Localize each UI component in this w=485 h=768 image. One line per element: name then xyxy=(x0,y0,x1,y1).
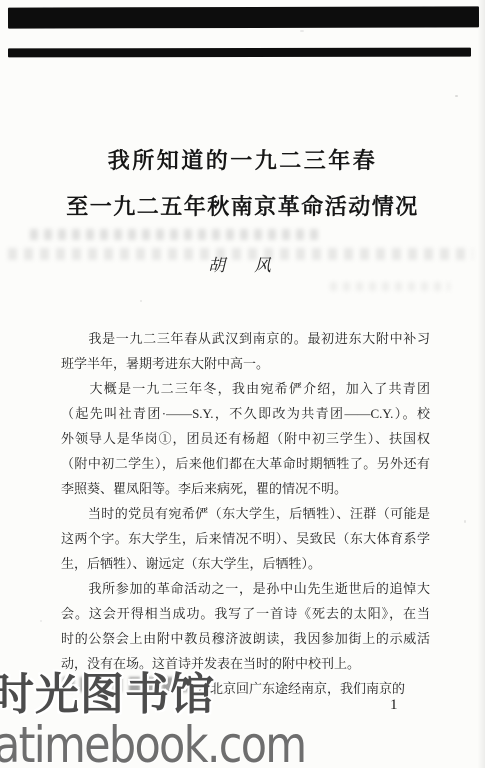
article-title-line1: 我所知道的一九二三年春 xyxy=(0,144,485,175)
author-name: 胡 风 xyxy=(0,251,485,276)
scanned-book-page: 我所知道的一九二三年春 至一九二五年秋南京革命活动情况 胡 风 我是一九二三年春… xyxy=(0,0,485,768)
watermark-domain: atimebook.com xyxy=(0,716,305,768)
scan-artifact-bar-top xyxy=(8,6,479,28)
body-line: 班学半年，暑期考进东大附中高一。 xyxy=(61,351,430,376)
body-line: 时的公祭会上由附中教员穆济波朗读，我因参加街上的示威活 xyxy=(61,626,430,651)
body-line: 大概是一九二三年冬，我由宛希俨介绍，加入了共青团 xyxy=(61,376,430,401)
watermark-chinese: 时光图书馆 xyxy=(0,658,215,722)
scan-speckle xyxy=(455,95,458,97)
scan-artifact-bar-second xyxy=(8,48,471,58)
body-line: 外领导人是华岗①，团员还有杨超（附中初三学生）、扶国权 xyxy=(61,426,430,451)
body-text: 我是一九二三年春从武汉到南京的。最初进东大附中补习 班学半年，暑期考进东大附中高… xyxy=(61,326,430,701)
body-line: 生，后牺牲）、谢远定（东大学生，后牺牲）。 xyxy=(61,551,430,576)
body-line: 会。这会开得相当成功。我写了一首诗《死去的太阳》，在当 xyxy=(61,601,430,626)
body-line: （附中初二学生），后来他们都在大革命时期牺牲了。另外还有 xyxy=(61,451,430,476)
scan-speckle xyxy=(40,620,42,622)
bleed-through-text xyxy=(330,282,450,291)
scan-speckle xyxy=(464,520,466,523)
body-line: 我是一九二三年春从武汉到南京的。最初进东大附中补习 xyxy=(61,326,430,351)
body-line: 李照葵、瞿凤阳等。李后来病死，瞿的情况不明。 xyxy=(61,476,430,501)
body-line: 我所参加的革命活动之一，是孙中山先生逝世后的追悼大 xyxy=(61,576,430,601)
article-title-line2: 至一九二五年秋南京革命活动情况 xyxy=(0,190,485,221)
body-line: 当时的党员有宛希俨（东大学生，后牺牲）、汪群（可能是 xyxy=(61,501,430,526)
body-line: 这两个字。东大学生，后来情况不明）、吴致民（东大体育系学 xyxy=(61,526,430,551)
scan-speckle xyxy=(140,300,142,302)
body-line: （起先叫社青团·——S.Y.，不久即改为共青团——C.Y.）。校 xyxy=(61,401,430,426)
bleed-through-text xyxy=(30,229,320,240)
page-number: 1 xyxy=(390,697,398,714)
scan-speckle xyxy=(300,30,304,32)
